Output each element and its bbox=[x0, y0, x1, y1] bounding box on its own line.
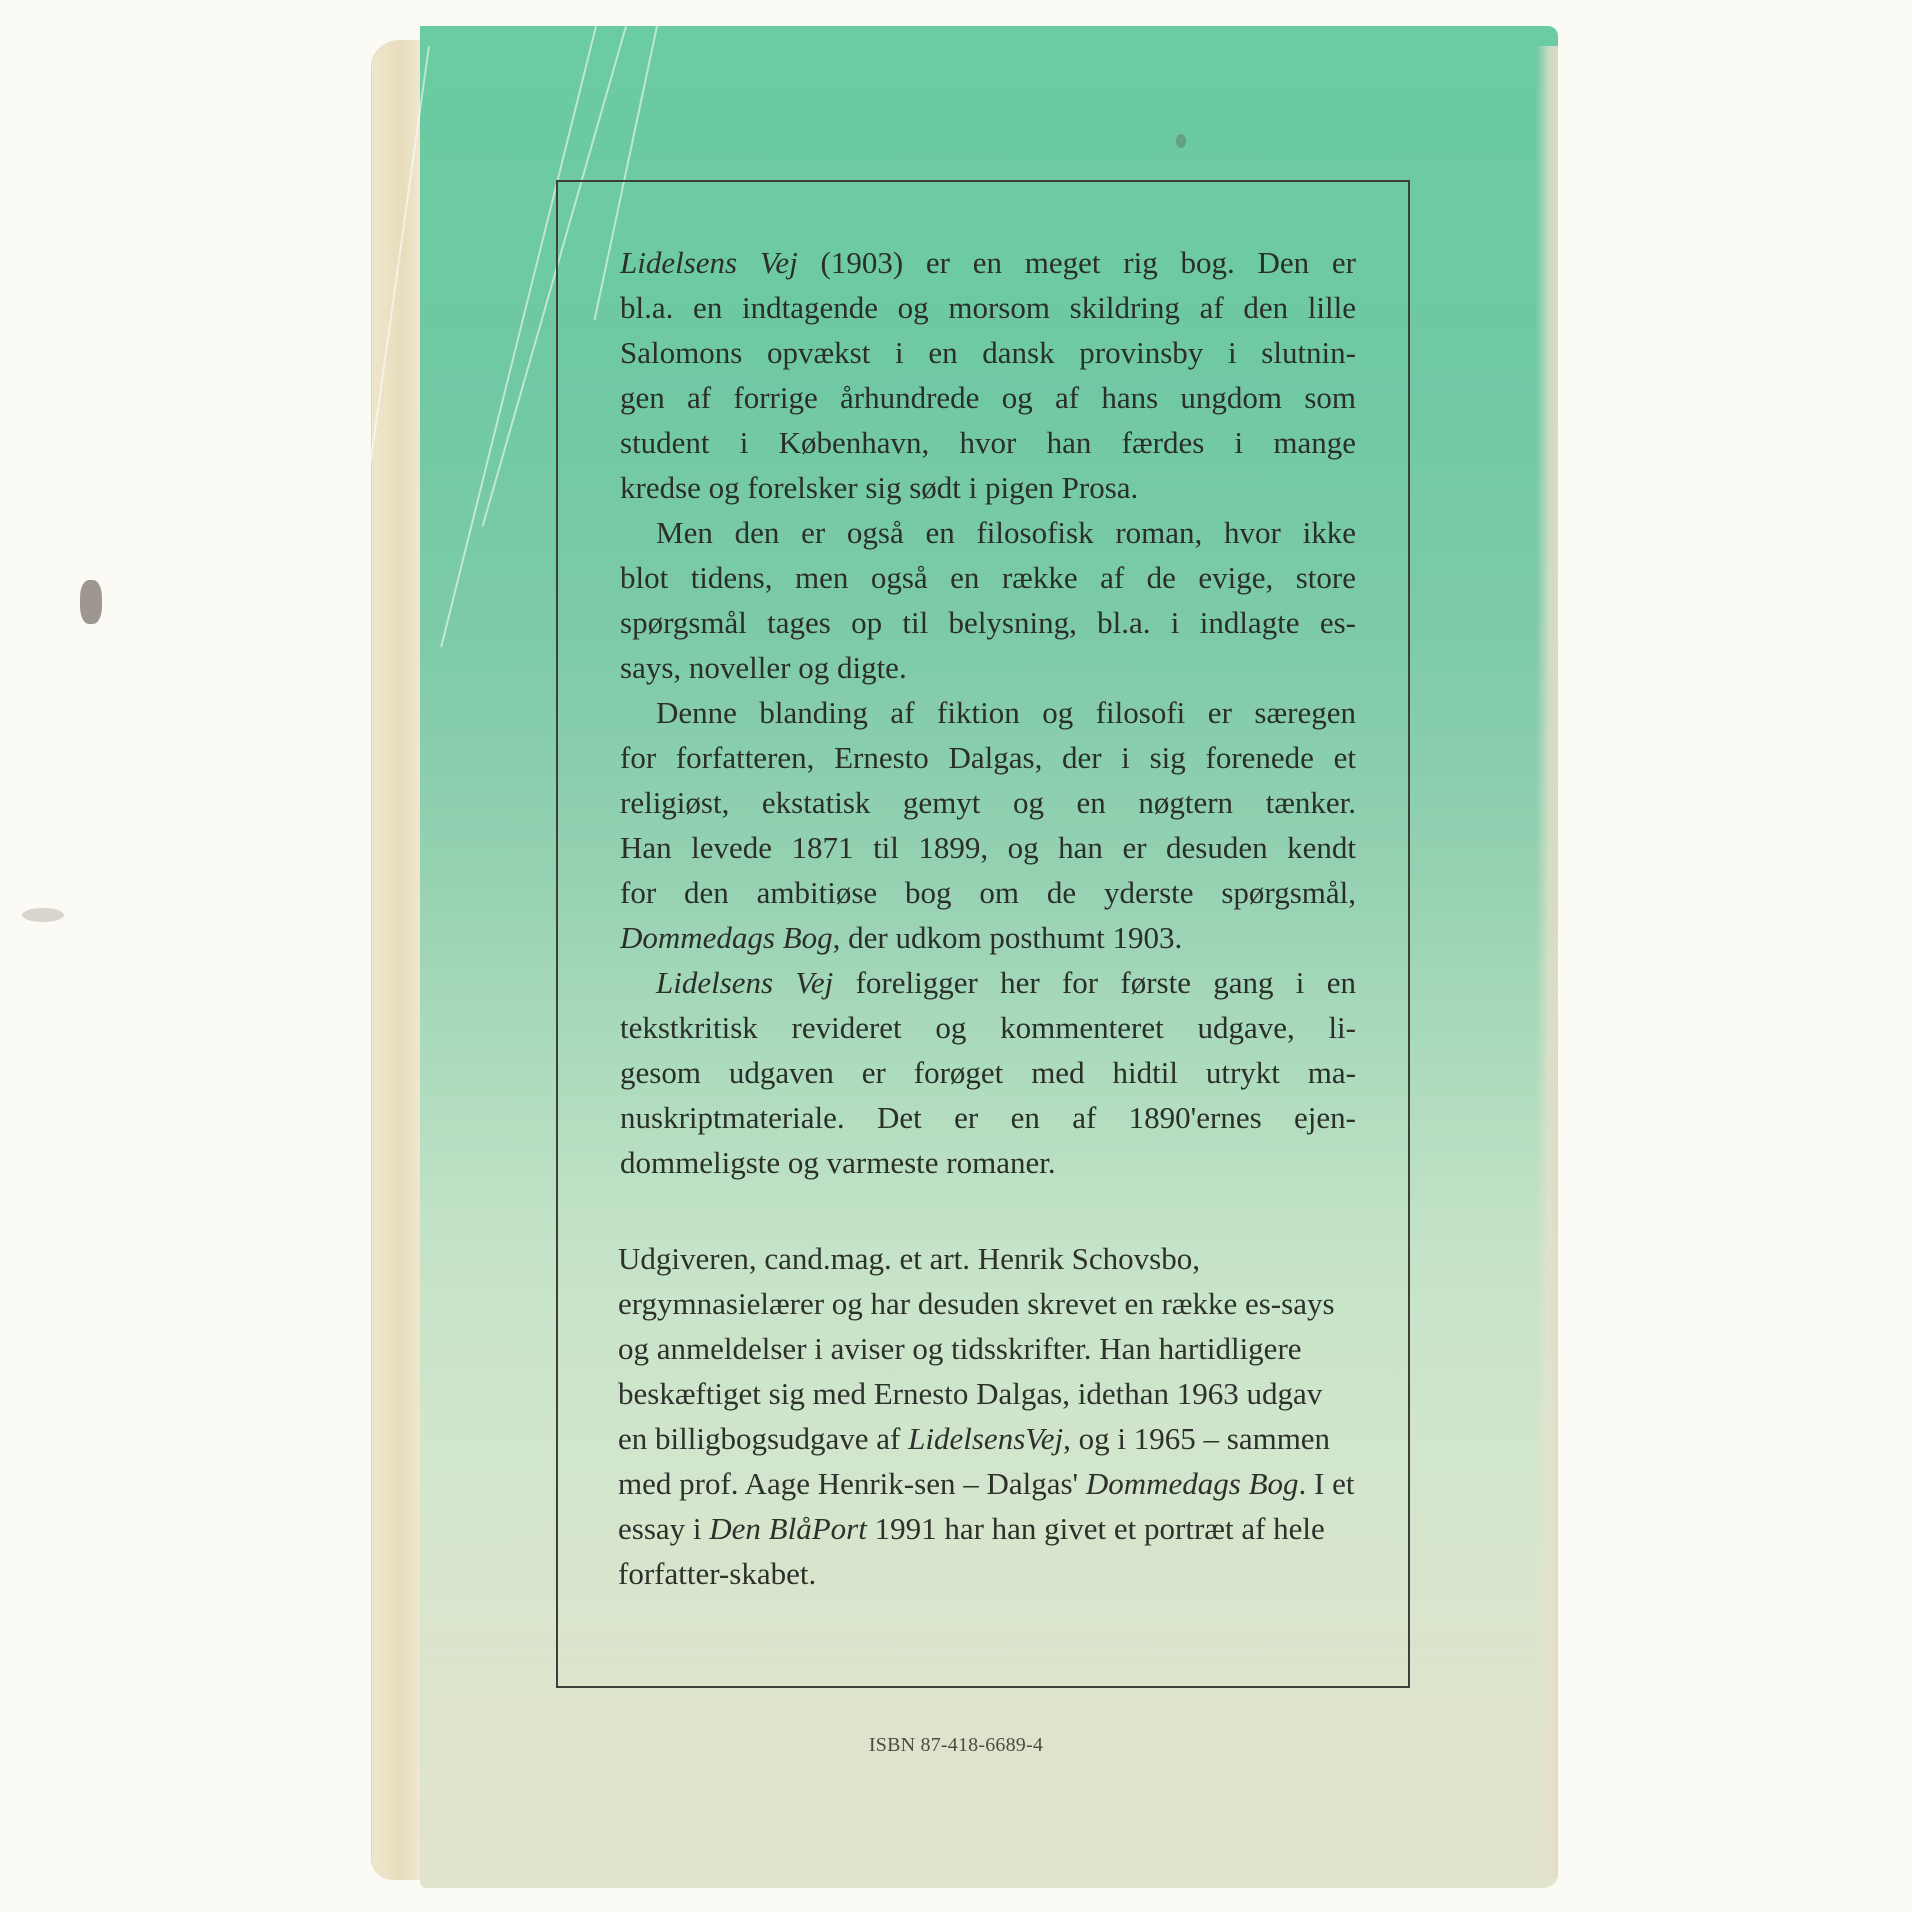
text-run: Salomons opvækst i en dansk provinsby i … bbox=[620, 335, 1356, 370]
text-run: religiøst, ekstatisk gemyt og en nøgtern… bbox=[620, 785, 1356, 820]
book-spine-edge bbox=[372, 40, 424, 1880]
italic-title: Lidelsens bbox=[908, 1421, 1025, 1456]
text-run: gen af forrige århundrede og af hans ung… bbox=[620, 380, 1356, 415]
text-run: bl.a. en indtagende og morsom skildring … bbox=[620, 290, 1356, 325]
italic-title: Port bbox=[812, 1511, 867, 1546]
italic-title: Vej bbox=[1025, 1421, 1063, 1456]
text-line: for den ambitiøse bog om de yderste spør… bbox=[620, 870, 1356, 915]
text-run: spørgsmål tages op til belysning, bl.a. … bbox=[620, 605, 1356, 640]
editor-bio-text: Udgiveren, cand.mag. et art. Henrik Scho… bbox=[618, 1236, 1356, 1596]
text-run: , der udkom posthumt 1903. bbox=[833, 920, 1183, 955]
text-run: sen – Dalgas' bbox=[914, 1466, 1086, 1501]
text-line: student i København, hvor han færdes i m… bbox=[620, 420, 1356, 465]
text-line: Men den er også en filosofisk roman, hvo… bbox=[620, 510, 1356, 555]
text-run: student i København, hvor han færdes i m… bbox=[620, 425, 1356, 460]
text-run: blot tidens, men også en række af de evi… bbox=[620, 560, 1356, 595]
text-line: blot tidens, men også en række af de evi… bbox=[620, 555, 1356, 600]
text-run: Men den er også en filosofisk roman, hvo… bbox=[656, 515, 1356, 550]
text-line: Dommedags Bog, der udkom posthumt 1903. bbox=[620, 915, 1356, 960]
background-speck bbox=[80, 580, 102, 624]
text-line: Salomons opvækst i en dansk provinsby i … bbox=[620, 330, 1356, 375]
text-run: dommeligste og varmeste romaner. bbox=[620, 1145, 1056, 1180]
italic-title: Lidelsens Vej bbox=[656, 965, 833, 1000]
blurb-paragraph: Lidelsens Vej foreligger her for første … bbox=[620, 960, 1356, 1185]
text-run: skabet. bbox=[729, 1556, 816, 1591]
text-line: for forfatteren, Ernesto Dalgas, der i s… bbox=[620, 735, 1356, 780]
blurb-text: Lidelsens Vej (1903) er en meget rig bog… bbox=[620, 240, 1356, 1185]
text-run: gymnasielærer og har desuden skrevet en … bbox=[642, 1286, 1282, 1321]
text-line: religiøst, ekstatisk gemyt og en nøgtern… bbox=[620, 780, 1356, 825]
italic-title: Lidelsens Vej bbox=[620, 245, 798, 280]
text-line: tekstkritisk revideret og kommenteret ud… bbox=[620, 1005, 1356, 1050]
text-run: kredse og forelsker sig sødt i pigen Pro… bbox=[620, 470, 1138, 505]
ink-speck bbox=[1176, 134, 1186, 148]
text-line: dommeligste og varmeste romaner. bbox=[620, 1140, 1356, 1185]
blurb-paragraph: Men den er også en filosofisk roman, hvo… bbox=[620, 510, 1356, 690]
background-speck bbox=[22, 908, 64, 922]
text-line: gymnasielærer og har desuden skrevet en … bbox=[642, 1286, 1282, 1321]
text-line: says, noveller og digte. bbox=[620, 645, 1356, 690]
text-run: says, noveller og digte. bbox=[620, 650, 907, 685]
text-line: gesom udgaven er forøget med hidtil utry… bbox=[620, 1050, 1356, 1095]
text-line: kredse og forelsker sig sødt i pigen Pro… bbox=[620, 465, 1356, 510]
italic-title: Dommedags Bog bbox=[1086, 1466, 1299, 1501]
text-run: Han levede 1871 til 1899, og han er desu… bbox=[620, 830, 1356, 865]
text-run: (1903) er en meget rig bog. Den er bbox=[798, 245, 1356, 280]
text-run: nuskriptmateriale. Det er en af 1890'ern… bbox=[620, 1100, 1356, 1135]
text-line: nuskriptmateriale. Det er en af 1890'ern… bbox=[620, 1095, 1356, 1140]
text-run: foreligger her for første gang i en bbox=[833, 965, 1356, 1000]
text-line: spørgsmål tages op til belysning, bl.a. … bbox=[620, 600, 1356, 645]
text-line: Lidelsens Vej foreligger her for første … bbox=[620, 960, 1356, 1005]
italic-title: Dommedags Bog bbox=[620, 920, 833, 955]
isbn-number: ISBN 87-418-6689-4 bbox=[0, 1734, 1912, 1757]
text-run: for forfatteren, Ernesto Dalgas, der i s… bbox=[620, 740, 1356, 775]
text-line: Han levede 1871 til 1899, og han er desu… bbox=[620, 825, 1356, 870]
text-line: skabet. bbox=[729, 1556, 816, 1591]
text-line: gen af forrige århundrede og af hans ung… bbox=[620, 375, 1356, 420]
blurb-paragraph: Lidelsens Vej (1903) er en meget rig bog… bbox=[620, 240, 1356, 510]
text-run: Denne blanding af fiktion og filosofi er… bbox=[656, 695, 1356, 730]
italic-title: Den Blå bbox=[709, 1511, 811, 1546]
text-run: tekstkritisk revideret og kommenteret ud… bbox=[620, 1010, 1356, 1045]
text-line: bl.a. en indtagende og morsom skildring … bbox=[620, 285, 1356, 330]
blurb-paragraph: Denne blanding af fiktion og filosofi er… bbox=[620, 690, 1356, 960]
text-run: gesom udgaven er forøget med hidtil utry… bbox=[620, 1055, 1356, 1090]
text-run: for den ambitiøse bog om de yderste spør… bbox=[620, 875, 1356, 910]
text-line: Lidelsens Vej (1903) er en meget rig bog… bbox=[620, 240, 1356, 285]
text-line: Denne blanding af fiktion og filosofi er… bbox=[620, 690, 1356, 735]
